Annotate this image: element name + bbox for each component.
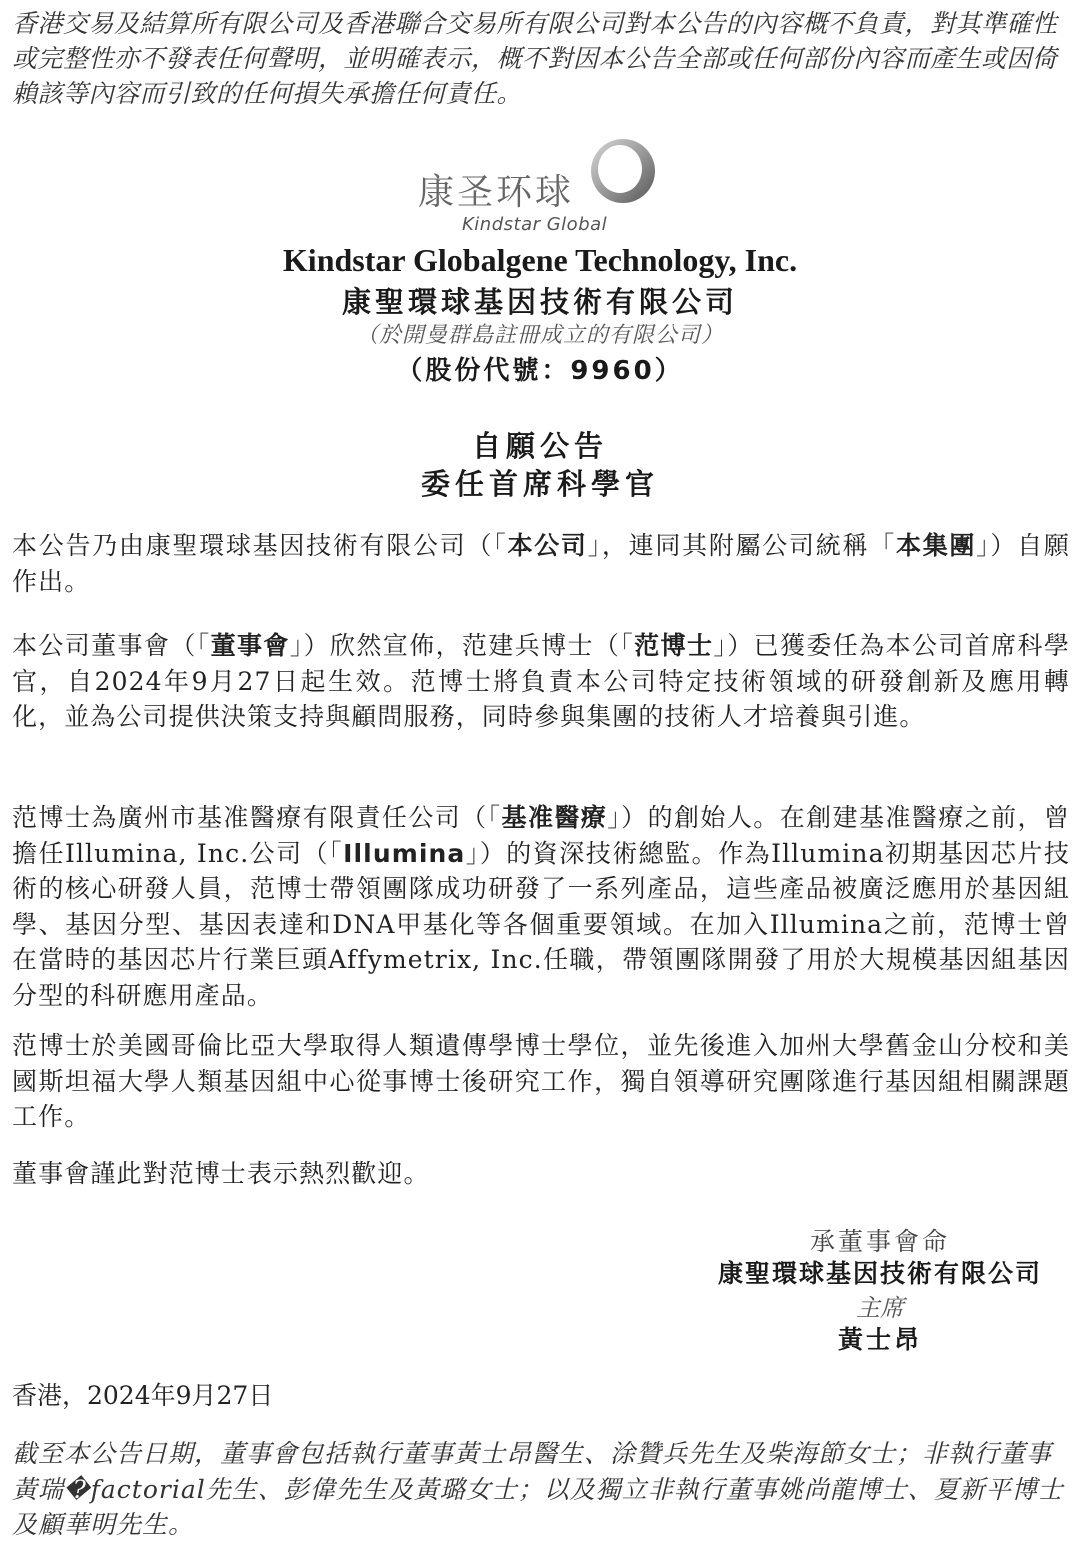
company-name-chinese: 康聖環球基因技術有限公司: [0, 280, 1080, 321]
announcement-type: 自願公告: [0, 424, 1080, 465]
signature-role: 主席: [680, 1288, 1080, 1323]
ring-logo-icon: [588, 136, 658, 206]
company-name-english: Kindstar Globalgene Technology, Inc.: [0, 242, 1080, 279]
paragraph-intro: 本公告乃由康聖環球基因技術有限公司（「本公司」，連同其附屬公司統稱「本集團」）自…: [12, 528, 1070, 599]
announcement-title: 委任首席科學官: [0, 462, 1080, 503]
exchange-disclaimer: 香港交易及結算所有限公司及香港聯合交易所有限公司對本公告的內容概不負責，對其準確…: [12, 6, 1072, 111]
signature-company: 康聖環球基因技術有限公司: [680, 1254, 1080, 1290]
defined-term: 本公司: [507, 531, 587, 560]
logo-english-text: Kindstar Global: [462, 214, 607, 235]
board-composition-note: 截至本公告日期，董事會包括執行董事黃士昂醫生、涂贊兵先生及柴海節女士；非執行董事…: [12, 1436, 1072, 1543]
paragraph-background: 范博士為廣州市基准醫療有限責任公司（「基准醫療」）的創始人。在創建基准醫療之前，…: [12, 800, 1070, 1013]
defined-term: 基准醫療: [502, 803, 608, 832]
paragraph-appointment: 本公司董事會（「董事會」）欣然宣佈，范建兵博士（「范博士」）已獲委任為本公司首席…: [12, 628, 1070, 735]
defined-term: 本集團: [896, 531, 976, 560]
signature-by-order: 承董事會命: [680, 1222, 1080, 1258]
company-logo: 康圣环球 Kindstar Global: [418, 140, 668, 240]
place-and-date: 香港，2024年9月27日: [12, 1376, 273, 1412]
incorporation-note: （於開曼群島註冊成立的有限公司）: [0, 318, 1080, 349]
stock-code: （股份代號：9960）: [0, 350, 1080, 387]
signature-name: 黃士昂: [680, 1320, 1080, 1356]
logo-chinese-text: 康圣环球: [418, 164, 574, 215]
defined-term: 董事會: [211, 631, 290, 660]
paragraph-welcome: 董事會謹此對范博士表示熱烈歡迎。: [12, 1156, 1070, 1192]
defined-term: 范博士: [634, 631, 713, 660]
defined-term: Illumina: [343, 839, 465, 868]
paragraph-education: 范博士於美國哥倫比亞大學取得人類遺傳學博士學位，並先後進入加州大學舊金山分校和美…: [12, 1028, 1070, 1135]
